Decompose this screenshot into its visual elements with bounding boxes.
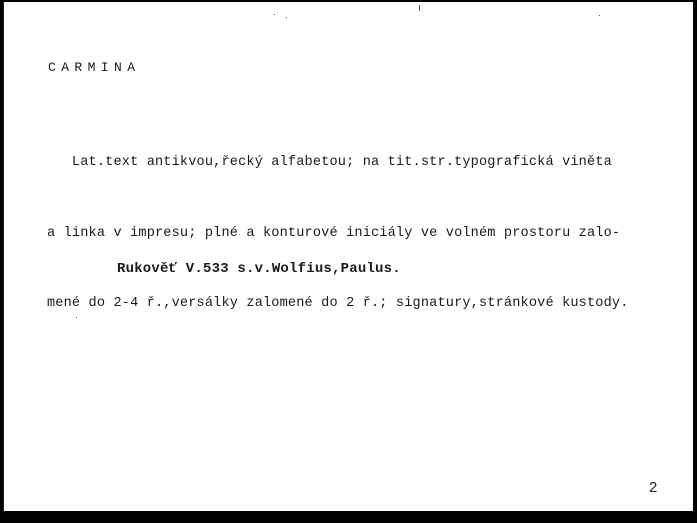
description-line-3: mené do 2-4 ř.,versálky zalomené do 2 ř.…: [47, 292, 629, 316]
description-line-2: a linka v impresu; plné a konturové inic…: [47, 222, 629, 246]
scan-artifact: [286, 17, 287, 18]
scan-artifact: [599, 15, 600, 16]
scan-artifact: [274, 14, 275, 15]
scan-artifact: [419, 5, 420, 11]
bibliographic-reference: Rukověť V.533 s.v.Wolfius,Paulus.: [117, 261, 401, 277]
catalog-card: CARMINA Lat.text antikvou,řecký alfabeto…: [3, 2, 693, 511]
description-line-1: Lat.text antikvou,řecký alfabetou; na ti…: [47, 151, 629, 175]
card-description: Lat.text antikvou,řecký alfabetou; na ti…: [47, 104, 629, 363]
page-number: 2: [649, 479, 657, 496]
card-title: CARMINA: [48, 60, 140, 75]
scan-artifact: [76, 317, 77, 318]
